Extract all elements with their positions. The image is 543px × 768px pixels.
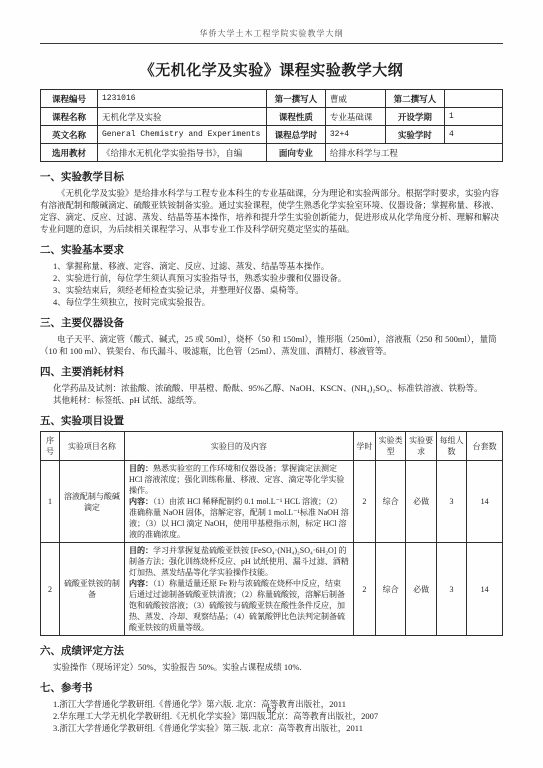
english-name-value: General Chemistry and Experiments [97, 126, 266, 144]
section-paragraph: 电子天平、滴定管（酸式、碱式，25 或 50ml），烧杯（50 和 150ml）… [40, 333, 503, 357]
exp-type-cell: 综合 [375, 461, 405, 543]
course-info-row: 选用教材 《给排水无机化学实验指导书》，自编 面向专业 给排水科学与工程 [41, 144, 503, 162]
course-info-table: 课程编号 1231016 第一撰写人 曹威 第二撰写人 课程名称 无机化学及实验… [40, 89, 503, 162]
exp-goal: 目的：熟悉实验室的工作环境和仪器设备；掌握滴定法测定 HCl 溶液浓度；强化训练… [129, 463, 349, 496]
lab-hours-value: 4 [444, 126, 502, 144]
col-header-sets: 台套数 [467, 432, 503, 461]
section-heading: 二、实验基本要求 [40, 242, 503, 257]
goal-label: 目的： [129, 546, 153, 555]
content-text: （1）由浓 HCl 稀释配制约 0.1 mol.L⁻¹ HCL 溶液；（2）准确… [129, 497, 349, 539]
list-item: 4、每位学生须独立，按时完成实验报告。 [53, 296, 503, 308]
exp-sets-cell: 14 [467, 543, 503, 636]
experiment-row: 1 溶液配制与酸碱滴定 目的：熟悉实验室的工作环境和仪器设备；掌握滴定法测定 H… [41, 461, 503, 543]
experiments-header-row: 序号 实验项目名称 实验目的及内容 学时 实验类型 实验要求 每组人数 台套数 [41, 432, 503, 461]
section-basic-requirements: 二、实验基本要求 1、掌握称量、移液、定容、滴定、反应、过滤、蒸发、结晶等基本操… [40, 242, 503, 308]
exp-group-cell: 3 [436, 543, 466, 636]
col-header-no: 序号 [41, 432, 60, 461]
exp-goal: 目的：学习并掌握复盐硫酸亚铁铵 [FeSO₄·(NH₄)₂SO₄·6H₂O] 的… [129, 545, 349, 578]
textbook-label: 选用教材 [41, 144, 98, 162]
exp-no-cell: 1 [41, 461, 60, 543]
exp-hours-cell: 2 [353, 461, 375, 543]
section-heading: 一、实验教学目标 [40, 169, 503, 184]
section-heading: 五、实验项目设置 [40, 413, 503, 428]
exp-content: 内容：（1）由浓 HCl 稀释配制约 0.1 mol.L⁻¹ HCL 溶液；（2… [129, 496, 349, 540]
section-heading: 七、参考书 [40, 680, 503, 695]
list-item: 1、掌握称量、移液、定容、滴定、反应、过滤、蒸发、结晶等基本操作。 [53, 260, 503, 272]
course-info-row: 课程名称 无机化学及实验 课程性质 专业基础课 开设学期 1 [41, 108, 503, 126]
course-info-row: 课程编号 1231016 第一撰写人 曹威 第二撰写人 [41, 90, 503, 108]
course-info-row: 英文名称 General Chemistry and Experiments 课… [41, 126, 503, 144]
list-item: 2、实验进行前，每位学生须认真预习实验指导书，熟悉实验步骤和仪器设备。 [53, 272, 503, 284]
exp-hours-cell: 2 [353, 543, 375, 636]
lab-hours-label: 实验学时 [385, 126, 444, 144]
english-name-label: 英文名称 [41, 126, 98, 144]
section-paragraph: 《无机化学及实验》是给排水科学与工程专业本科生的专业基础课，分为理论和实验两部分… [40, 187, 503, 235]
exp-name-cell: 溶液配制与酸碱滴定 [59, 461, 124, 543]
first-author-label: 第一撰写人 [266, 90, 325, 108]
second-author-label: 第二撰写人 [385, 90, 444, 108]
exp-req-cell: 必做 [406, 461, 436, 543]
content-label: 内容： [129, 497, 153, 506]
textbook-value: 《给排水无机化学实验指导书》，自编 [97, 144, 266, 162]
list-item: 其他耗材：标签纸、pH 试纸、滤纸等。 [53, 394, 503, 406]
exp-no-cell: 2 [41, 543, 60, 636]
semester-value: 1 [444, 108, 502, 126]
exp-group-cell: 3 [436, 461, 466, 543]
page-number: 62 [0, 706, 543, 716]
section-heading: 六、成绩评定方法 [40, 643, 503, 658]
exp-type-cell: 综合 [375, 543, 405, 636]
course-id-value: 1231016 [97, 90, 266, 108]
col-header-type: 实验类型 [375, 432, 405, 461]
col-header-group: 每组人数 [436, 432, 466, 461]
reference-item: 3.浙江大学普通化学教研组.《普通化学实验》第三版. 北京：高等教育出版社，20… [53, 722, 503, 734]
col-header-content: 实验目的及内容 [124, 432, 353, 461]
grading-text: 实验操作（现场评定）50%，实验报告 50%。实验占课程成绩 10%. [53, 661, 503, 673]
exp-name-cell: 硫酸亚铁铵的制备 [59, 543, 124, 636]
section-teaching-goals: 一、实验教学目标 《无机化学及实验》是给排水科学与工程专业本科生的专业基础课，分… [40, 169, 503, 235]
experiment-row: 2 硫酸亚铁铵的制备 目的：学习并掌握复盐硫酸亚铁铵 [FeSO₄·(NH₄)₂… [41, 543, 503, 636]
col-header-hours: 学时 [353, 432, 375, 461]
experiments-table: 序号 实验项目名称 实验目的及内容 学时 实验类型 实验要求 每组人数 台套数 … [40, 431, 503, 636]
total-hours-value: 32+4 [325, 126, 385, 144]
section-consumables: 四、主要消耗材料 化学药品及试剂：浓盐酸、浓硫酸、甲基橙、酚酞、95%乙醇、Na… [40, 364, 503, 406]
exp-content-cell: 目的：学习并掌握复盐硫酸亚铁铵 [FeSO₄·(NH₄)₂SO₄·6H₂O] 的… [124, 543, 353, 636]
course-id-label: 课程编号 [41, 90, 98, 108]
course-type-value: 专业基础课 [325, 108, 385, 126]
list-item: 化学药品及试剂：浓盐酸、浓硫酸、甲基橙、酚酞、95%乙醇、NaOH、KSCN、(… [53, 382, 503, 394]
second-author-value [444, 90, 502, 108]
content-label: 内容： [129, 579, 153, 588]
goal-text: 学习并掌握复盐硫酸亚铁铵 [FeSO₄·(NH₄)₂SO₄·6H₂O] 的制备方… [129, 546, 349, 577]
section-experiment-projects: 五、实验项目设置 序号 实验项目名称 实验目的及内容 学时 实验类型 实验要求 … [40, 413, 503, 636]
list-item: 3、实验结束后，须经老师检查实验记录，并整理好仪器、桌椅等。 [53, 284, 503, 296]
exp-req-cell: 必做 [406, 543, 436, 636]
section-grading: 六、成绩评定方法 实验操作（现场评定）50%，实验报告 50%。实验占课程成绩 … [40, 643, 503, 673]
section-heading: 四、主要消耗材料 [40, 364, 503, 379]
course-type-label: 课程性质 [266, 108, 325, 126]
goal-label: 目的： [129, 464, 153, 473]
exp-content: 内容：（1）称量适量还原 Fe 粉与浓硫酸在烧杯中反应，结束后通过过滤制备硫酸亚… [129, 578, 349, 633]
col-header-req: 实验要求 [406, 432, 436, 461]
major-value: 给排水科学与工程 [325, 144, 502, 162]
first-author-value: 曹威 [325, 90, 385, 108]
exp-sets-cell: 14 [467, 461, 503, 543]
course-name-value: 无机化学及实验 [97, 108, 266, 126]
section-main-equipment: 三、主要仪器设备 电子天平、滴定管（酸式、碱式，25 或 50ml），烧杯（50… [40, 315, 503, 357]
semester-label: 开设学期 [385, 108, 444, 126]
goal-text: 熟悉实验室的工作环境和仪器设备；掌握滴定法测定 HCl 溶液浓度；强化训练称量、… [129, 464, 344, 495]
course-name-label: 课程名称 [41, 108, 98, 126]
exp-content-cell: 目的：熟悉实验室的工作环境和仪器设备；掌握滴定法测定 HCl 溶液浓度；强化训练… [124, 461, 353, 543]
section-heading: 三、主要仪器设备 [40, 315, 503, 330]
document-page: 华侨大学土木工程学院实验教学大纲 《无机化学及实验》课程实验教学大纲 课程编号 … [0, 0, 543, 768]
running-header: 华侨大学土木工程学院实验教学大纲 [40, 28, 503, 44]
content-text: （1）称量适量还原 Fe 粉与浓硫酸在烧杯中反应，结束后通过过滤制备硫酸亚铁清液… [129, 579, 345, 632]
total-hours-label: 课程总学时 [266, 126, 325, 144]
col-header-name: 实验项目名称 [59, 432, 124, 461]
page-title: 《无机化学及实验》课程实验教学大纲 [40, 59, 503, 80]
major-label: 面向专业 [266, 144, 325, 162]
